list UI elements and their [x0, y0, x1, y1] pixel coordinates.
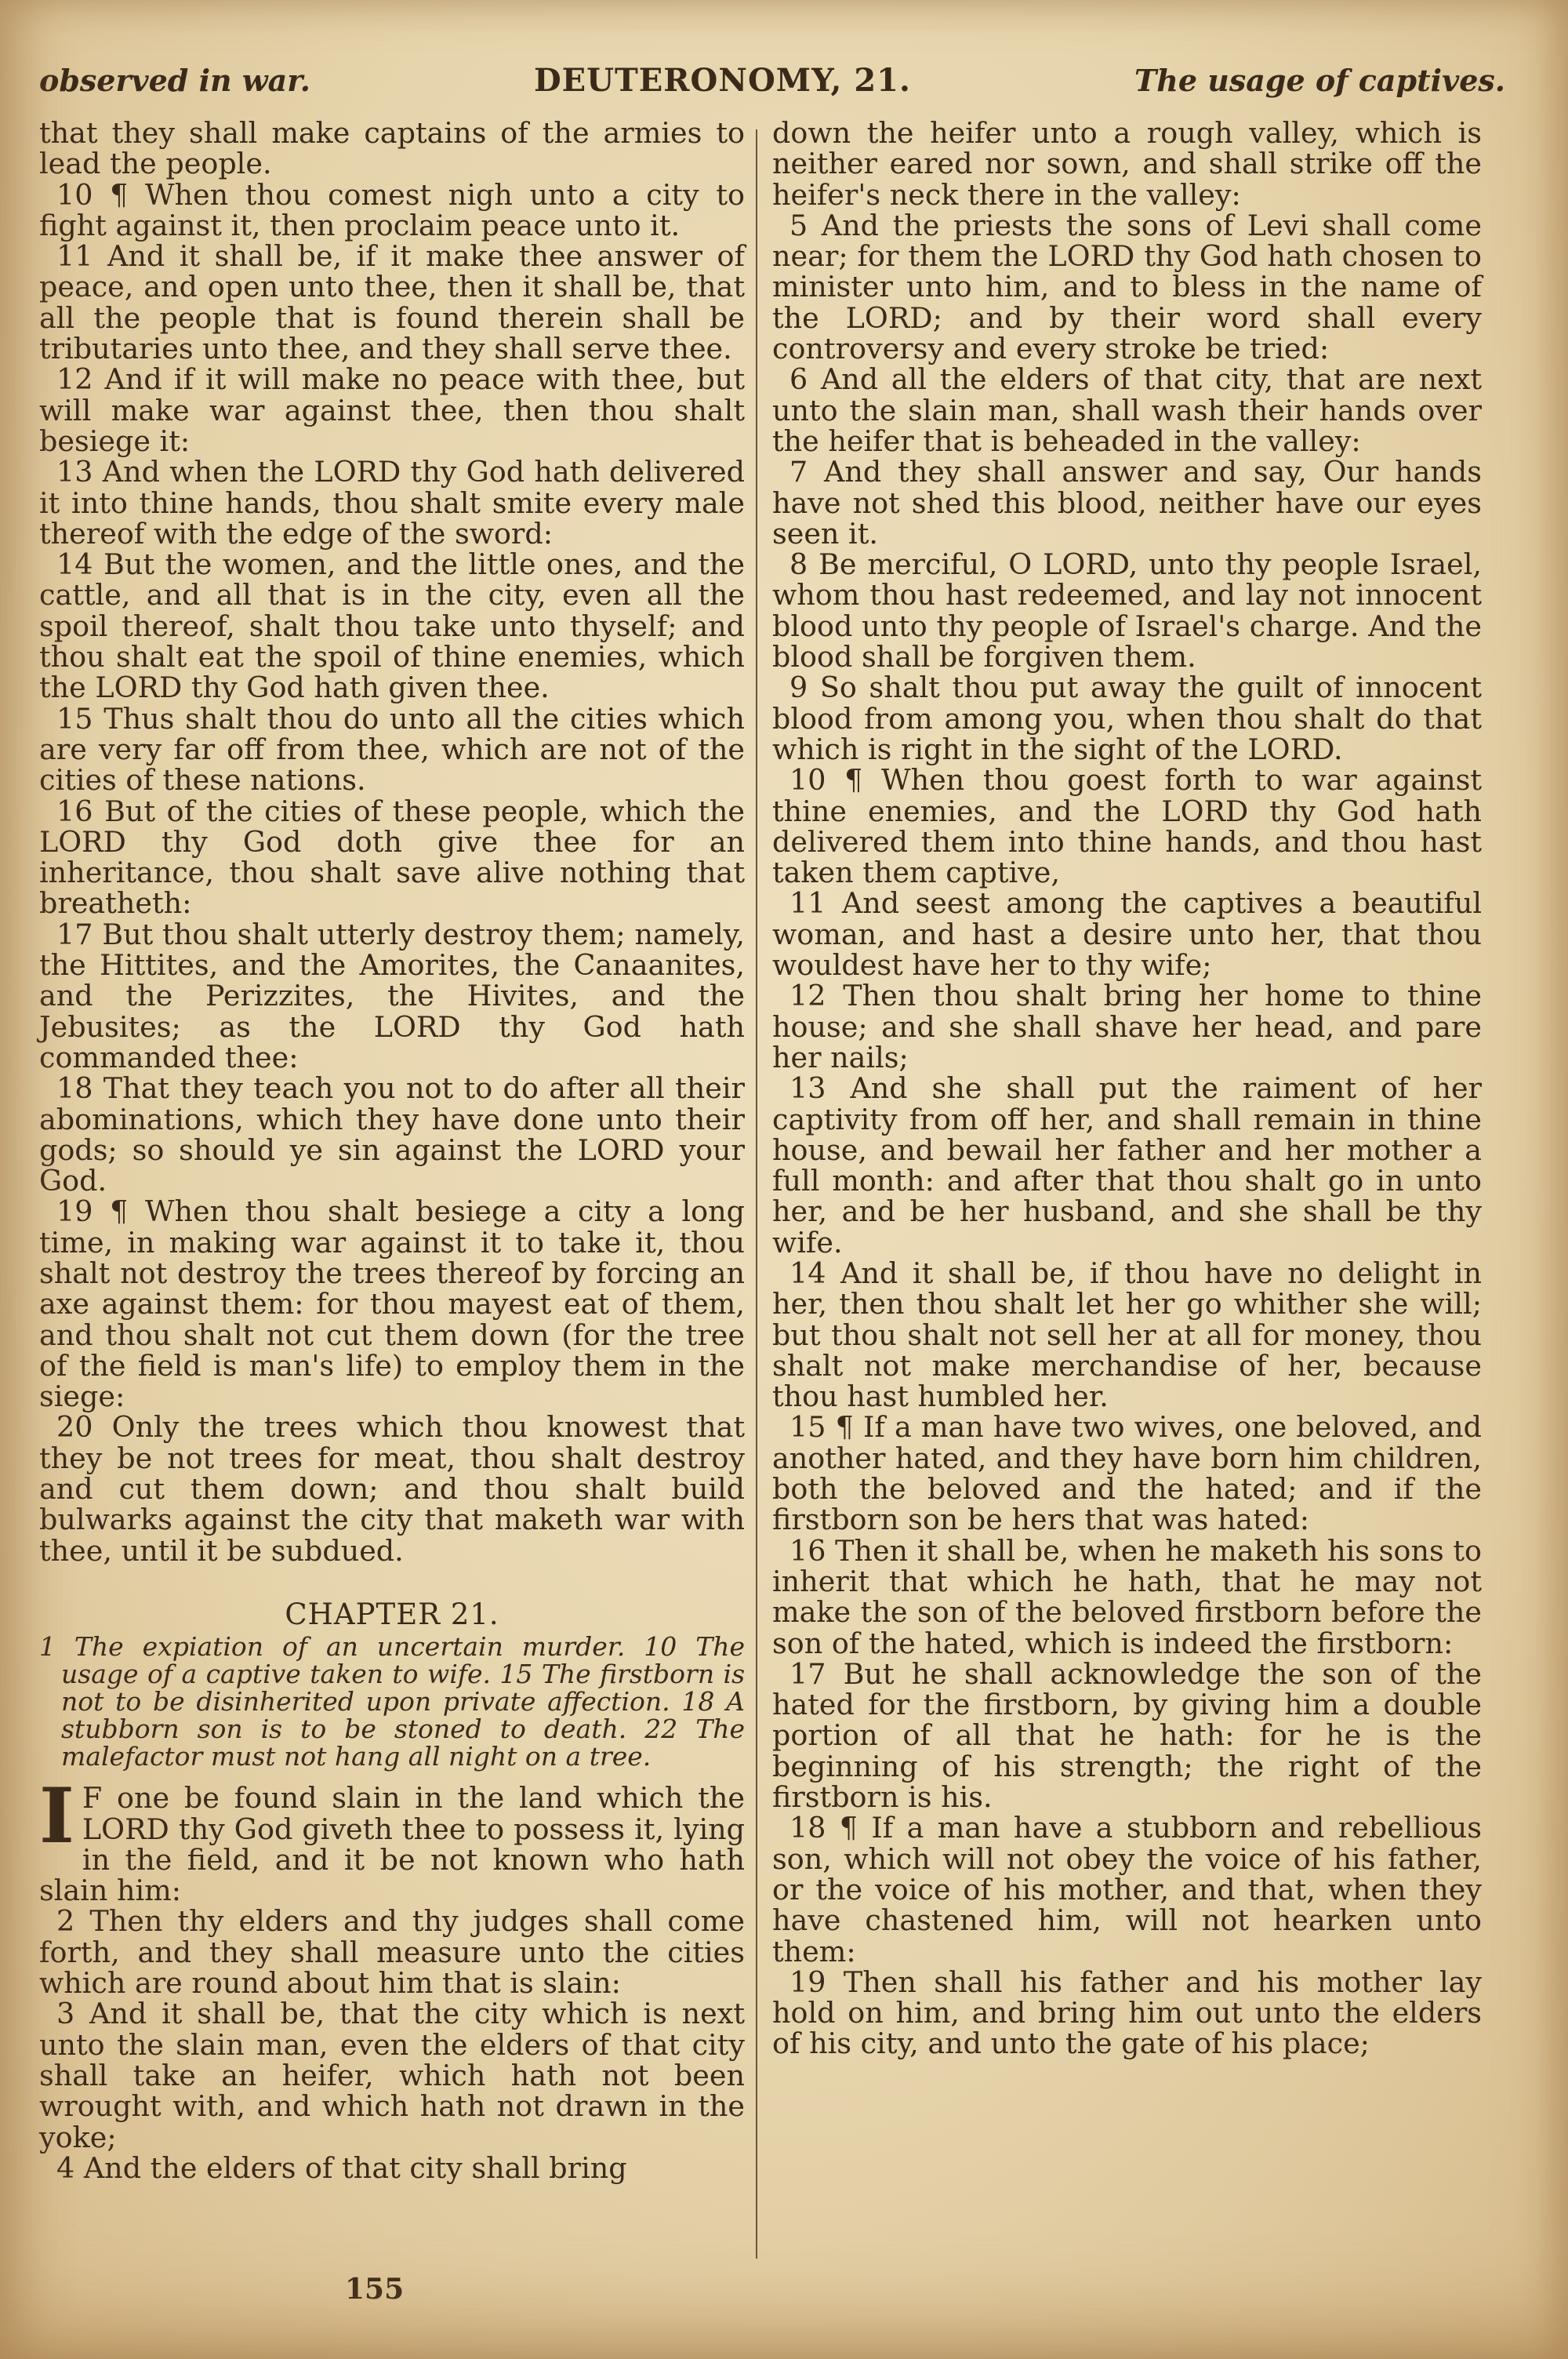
verse-text: 6 And all the elders of that city, that … — [772, 364, 1482, 456]
verse-text: 18 That they teach you not to do after a… — [39, 1073, 745, 1196]
verse-text: 4 And the elders of that city shall brin… — [39, 2153, 745, 2183]
verse-text: 13 And she shall put the raiment of her … — [772, 1073, 1482, 1258]
verse-text: 7 And they shall answer and say, Our han… — [772, 456, 1482, 549]
verse-text: 11 And seest among the captives a beauti… — [772, 888, 1482, 980]
verse-text: 15 ¶ If a man have two wives, one belove… — [772, 1412, 1482, 1535]
running-head-left: observed in war. — [39, 63, 310, 98]
page-number: 155 — [345, 2273, 404, 2306]
verse-text: 14 But the women, and the little ones, a… — [39, 549, 745, 703]
verse-text: 15 Thus shalt thou do unto all the citie… — [39, 703, 745, 796]
column-divider — [756, 129, 757, 2259]
verse-text: 10 ¶ When thou goest forth to war agains… — [772, 765, 1482, 888]
verse-text: 5 And the priests the sons of Levi shall… — [772, 210, 1482, 364]
verse-text: 19 ¶ When thou shalt besiege a city a lo… — [39, 1196, 745, 1412]
verse-text: 3 And it shall be, that the city which i… — [39, 1998, 745, 2152]
verse-text: 2 Then thy elders and thy judges shall c… — [39, 1906, 745, 1998]
right-column: down the heifer unto a rough valley, whi… — [772, 118, 1482, 2059]
verse-text: 18 ¶ If a man have a stubborn and rebell… — [772, 1812, 1482, 1966]
opening-verse: IF one be found slain in the land which … — [39, 1783, 745, 1906]
verse-text: 11 And it shall be, if it make thee answ… — [39, 241, 745, 364]
running-head-right: The usage of captives. — [1134, 63, 1505, 98]
verse-text: that they shall make captains of the arm… — [39, 118, 745, 180]
verse-text: 17 But thou shalt utterly destroy them; … — [39, 919, 745, 1073]
book-page: observed in war. DEUTERONOMY, 21. The us… — [0, 0, 1568, 2359]
drop-cap: I — [39, 1786, 74, 1847]
book-chapter-heading: DEUTERONOMY, 21. — [534, 62, 911, 99]
opening-verse-text: F one be found slain in the land which t… — [39, 1781, 745, 1907]
verse-text: 20 Only the trees which thou knowest tha… — [39, 1412, 745, 1565]
verse-text: 17 But he shall acknowledge the son of t… — [772, 1659, 1482, 1812]
verse-text: 16 But of the cities of these people, wh… — [39, 796, 745, 919]
running-head: observed in war. DEUTERONOMY, 21. The us… — [39, 56, 1505, 104]
left-column: that they shall make captains of the arm… — [39, 118, 745, 2183]
verse-text: 8 Be merciful, O LORD, unto thy people I… — [772, 549, 1482, 672]
verse-text: 10 ¶ When thou comest nigh unto a city t… — [39, 180, 745, 242]
verse-text: 12 Then thou shalt bring her home to thi… — [772, 980, 1482, 1073]
verse-text: 13 And when the LORD thy God hath delive… — [39, 456, 745, 549]
verse-text: 9 So shalt thou put away the guilt of in… — [772, 672, 1482, 765]
verse-text: 14 And it shall be, if thou have no deli… — [772, 1258, 1482, 1412]
chapter-summary: 1 The expiation of an uncertain murder. … — [39, 1633, 745, 1770]
chapter-title: CHAPTER 21. — [39, 1599, 745, 1630]
verse-text: 19 Then shall his father and his mother … — [772, 1967, 1482, 2059]
verse-text: 16 Then it shall be, when he maketh his … — [772, 1536, 1482, 1659]
verse-text: 12 And if it will make no peace with the… — [39, 364, 745, 456]
verse-text: down the heifer unto a rough valley, whi… — [772, 118, 1482, 210]
